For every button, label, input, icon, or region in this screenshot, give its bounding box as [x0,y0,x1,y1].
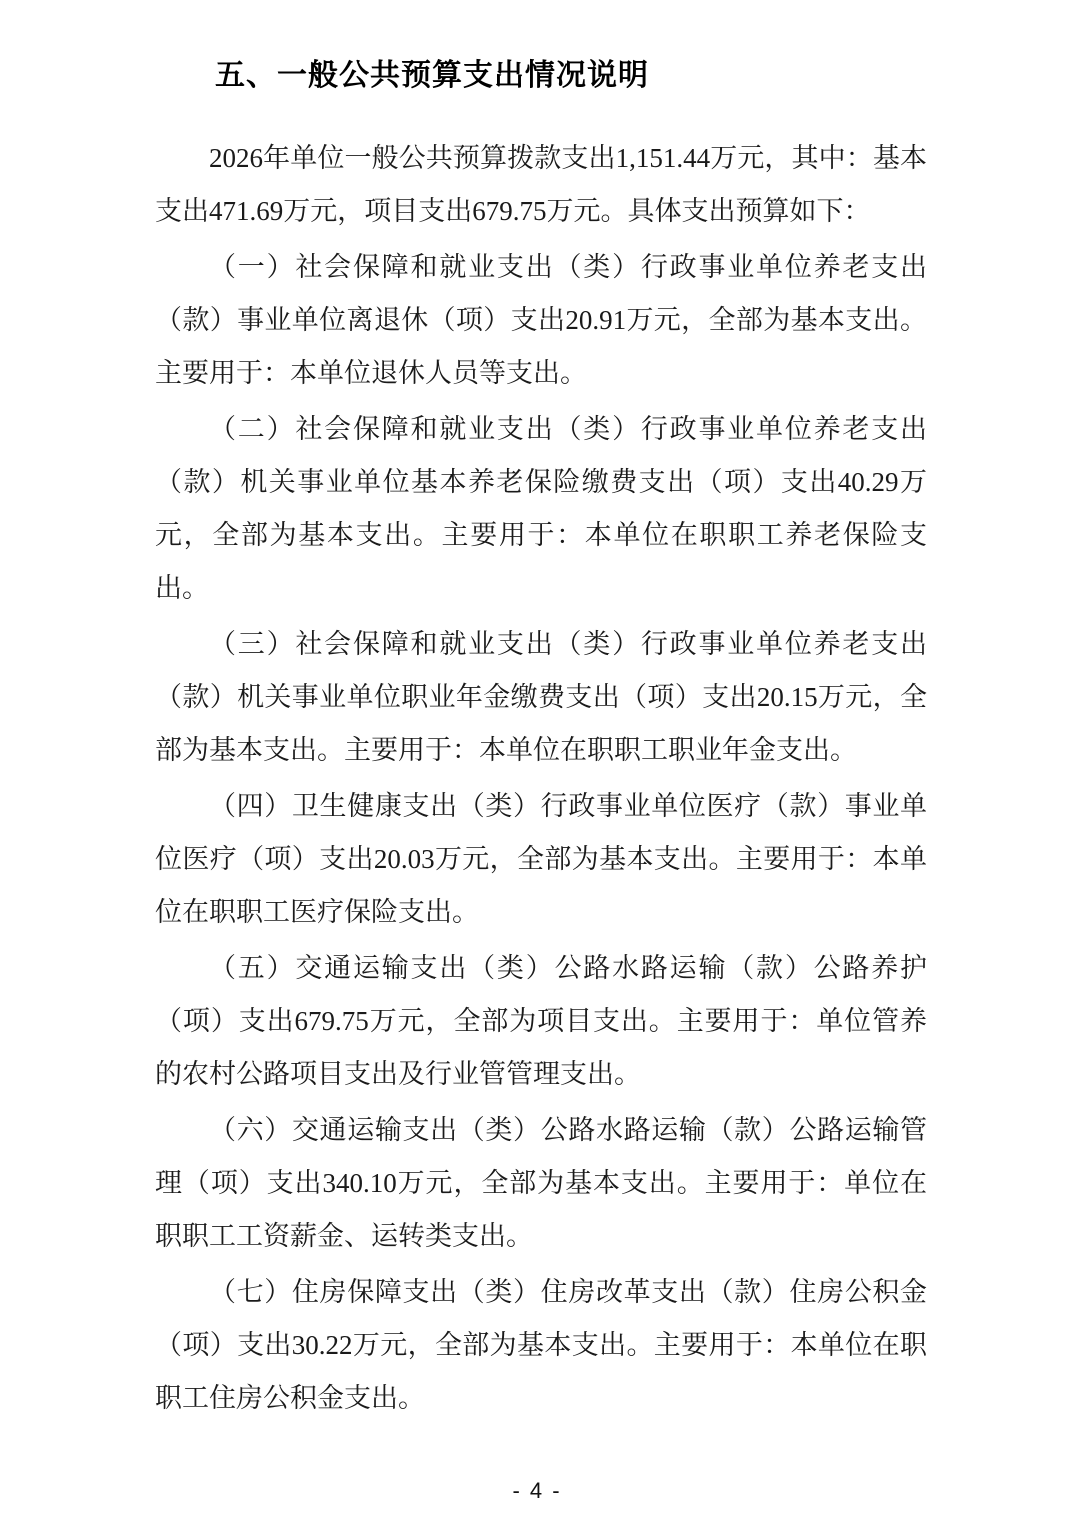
paragraph-item-2: （二）社会保障和就业支出（类）行政事业单位养老支出（款）机关事业单位基本养老保险… [155,403,927,615]
section-title: 五、一般公共预算支出情况说明 [155,56,927,96]
page-number: - 4 - [0,1478,1074,1504]
paragraph-item-7: （七）住房保障支出（类）住房改革支出（款）住房公积金（项）支出30.22万元，全… [155,1266,927,1425]
paragraph-item-5: （五）交通运输支出（类）公路水路运输（款）公路养护（项）支出679.75万元，全… [155,942,927,1101]
paragraph-item-4: （四）卫生健康支出（类）行政事业单位医疗（款）事业单位医疗（项）支出20.03万… [155,780,927,939]
paragraph-item-1: （一）社会保障和就业支出（类）行政事业单位养老支出（款）事业单位离退休（项）支出… [155,241,927,400]
document-body: 2026年单位一般公共预算拨款支出1,151.44万元，其中：基本支出471.6… [155,132,927,1425]
document-page: 五、一般公共预算支出情况说明 2026年单位一般公共预算拨款支出1,151.44… [0,0,1074,1520]
paragraph-item-3: （三）社会保障和就业支出（类）行政事业单位养老支出（款）机关事业单位职业年金缴费… [155,618,927,777]
paragraph-item-6: （六）交通运输支出（类）公路水路运输（款）公路运输管理（项）支出340.10万元… [155,1104,927,1263]
paragraph-summary: 2026年单位一般公共预算拨款支出1,151.44万元，其中：基本支出471.6… [155,132,927,238]
